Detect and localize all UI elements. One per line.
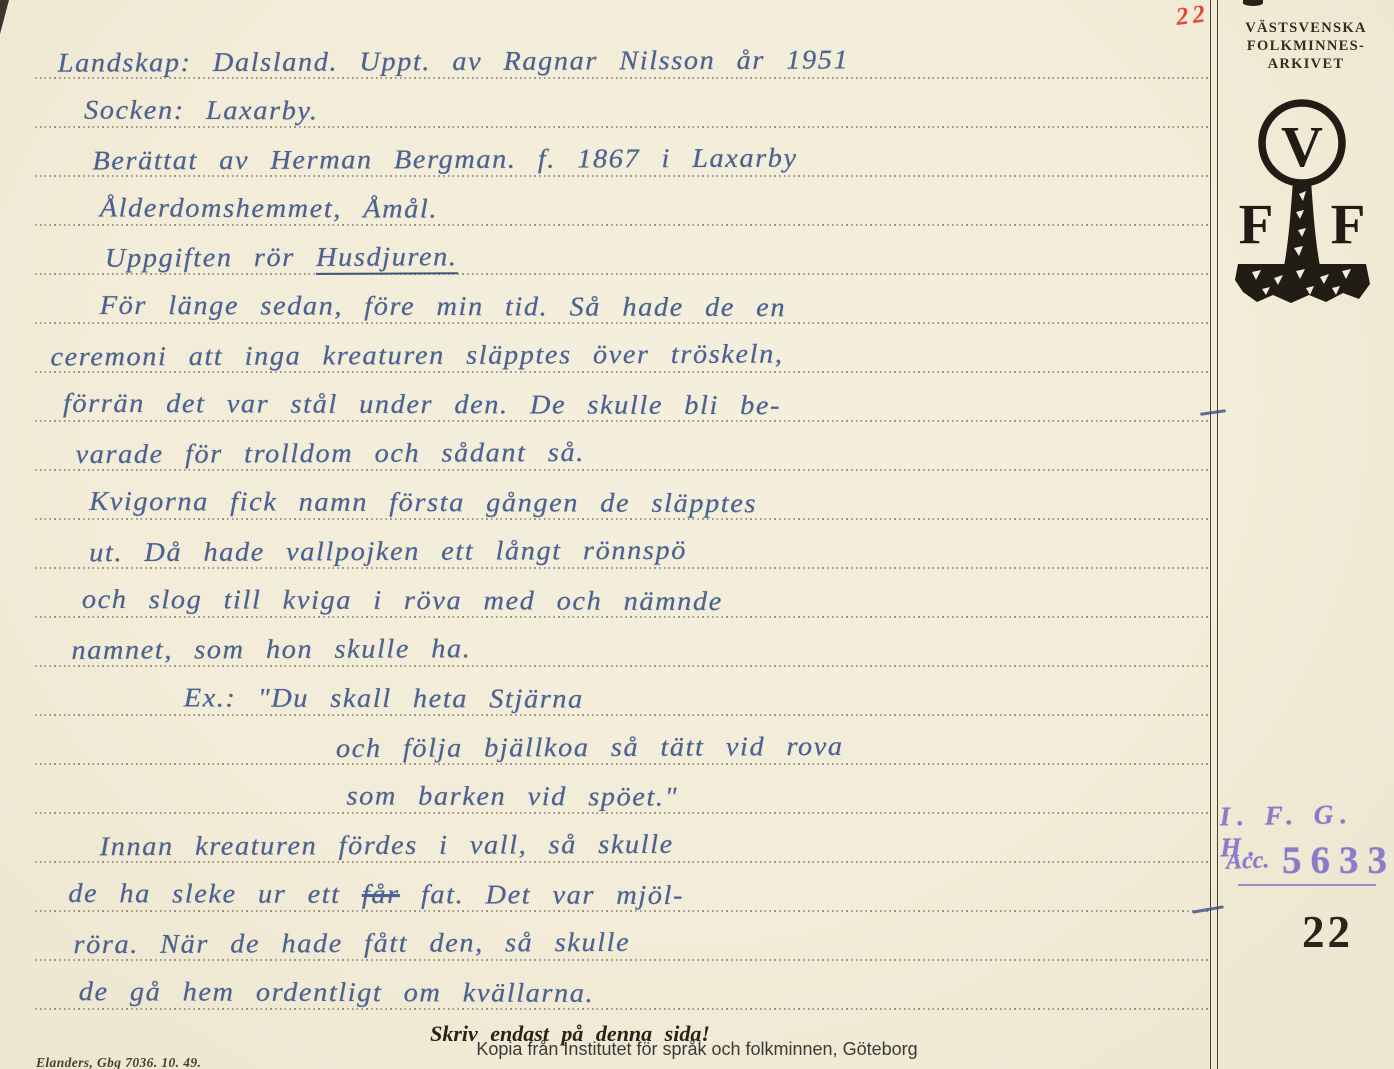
manuscript-segment: Uppgiften rör (105, 242, 316, 273)
manuscript-line: Ex.: "Du skall heta Stjärna (184, 674, 584, 721)
manuscript-segment: Kvigorna fick namn första gången de släp… (89, 486, 757, 518)
archive-name-line1: VÄSTSVENSKA (1218, 20, 1394, 37)
manuscript-line: och följa bjällkoa så tätt vid rova (336, 723, 844, 771)
manuscript-line: som barken vid spöet." (346, 772, 678, 819)
archive-name-line3: ARKIVET (1218, 56, 1394, 73)
manuscript-line: Uppgiften rör Husdjuren. (105, 233, 458, 280)
manuscript-segment: röra. När de hade fått den, så skulle (73, 927, 630, 959)
manuscript-line: varade för trolldom och sådant så. (75, 429, 584, 477)
manuscript-segment: Husdjuren. (316, 241, 458, 275)
manuscript-segment: ut. Då hade vallpojken ett långt rönnspö (89, 535, 687, 567)
scanned-document-page: { "annotations": { "red_page_number": "2… (0, 0, 1394, 1069)
manuscript-segment: För länge sedan, före min tid. Så hade d… (100, 290, 786, 322)
manuscript-line: förrän det var stål under den. De skulle… (63, 380, 781, 428)
manuscript-segment: får (362, 879, 400, 909)
manuscript-segment: de ha sleke ur ett (68, 878, 362, 909)
logo-letter-v: V (1281, 114, 1323, 179)
manuscript-segment: Socken: Laxarby. (84, 95, 319, 126)
thors-hammer-logo-icon: V F F (1232, 96, 1372, 331)
manuscript-segment: Berättat av Herman Bergman. f. 1867 i La… (92, 143, 797, 176)
manuscript-line: Landskap: Dalsland. Uppt. av Ragnar Nils… (58, 36, 850, 85)
manuscript-segment: Ex.: "Du skall heta Stjärna (184, 682, 584, 713)
logo-letter-f-right: F (1331, 193, 1366, 256)
manuscript-segment: namnet, som hon skulle ha. (71, 633, 471, 665)
manuscript-line: För länge sedan, före min tid. Så hade d… (100, 282, 787, 330)
manuscript-line: Kvigorna fick namn första gången de släp… (89, 478, 757, 526)
logo-letter-f-left: F (1239, 193, 1274, 256)
manuscript-segment: de gå hem ordentligt om kvällarna. (79, 976, 595, 1008)
manuscript-segment: och slog till kviga i röva med och nämnd… (82, 584, 723, 616)
manuscript-line: Innan kreaturen fördes i vall, så skulle (100, 821, 674, 869)
archive-name-line2: FOLKMINNES- (1218, 38, 1394, 55)
manuscript-line: ceremoni att inga kreaturen släpptes öve… (50, 330, 783, 379)
manuscript-segment: fat. Det var mjöl- (400, 879, 684, 910)
accession-stamp-label: Acc. (1226, 847, 1270, 875)
manuscript-line: namnet, som hon skulle ha. (71, 625, 471, 673)
manuscript-segment: Innan kreaturen fördes i vall, så skulle (100, 829, 674, 861)
accession-stamp-number: 5633 (1282, 838, 1394, 883)
manuscript-line: Berättat av Herman Bergman. f. 1867 i La… (92, 135, 797, 184)
copy-credit-caption: Kopia från Institutet för språk och folk… (0, 1039, 1394, 1060)
manuscript-line: Socken: Laxarby. (84, 87, 319, 134)
accession-stamp-underline (1238, 884, 1376, 886)
manuscript-line: de gå hem ordentligt om kvällarna. (79, 968, 595, 1016)
margin-divider-rule (1210, 0, 1218, 1069)
manuscript-segment: ceremoni att inga kreaturen släpptes öve… (50, 338, 783, 371)
manuscript-line: ut. Då hade vallpojken ett långt rönnspö (89, 527, 687, 575)
printer-imprint: Elanders, Gbg 7036. 10. 49. (36, 1055, 201, 1069)
manuscript-segment: varade för trolldom och sådant så. (76, 437, 585, 469)
manuscript-segment: Ålderdomshemmet, Åmål. (100, 192, 438, 223)
manuscript-line: och slog till kviga i röva med och nämnd… (82, 576, 723, 624)
manuscript-segment: och följa bjällkoa så tätt vid rova (336, 731, 844, 763)
manuscript-segment: Landskap: Dalsland. Uppt. av Ragnar Nils… (58, 44, 850, 77)
manuscript: Landskap: Dalsland. Uppt. av Ragnar Nils… (0, 0, 1394, 1069)
manuscript-segment: som barken vid spöet." (346, 780, 678, 811)
black-page-number: 22 (1302, 906, 1353, 958)
manuscript-line: de ha sleke ur ett får fat. Det var mjöl… (68, 870, 684, 918)
red-page-number: 22 (1174, 0, 1210, 32)
manuscript-line: Ålderdomshemmet, Åmål. (100, 184, 438, 231)
manuscript-line: röra. När de hade fått den, så skulle (73, 919, 630, 967)
manuscript-segment: förrän det var stål under den. De skulle… (63, 388, 781, 420)
